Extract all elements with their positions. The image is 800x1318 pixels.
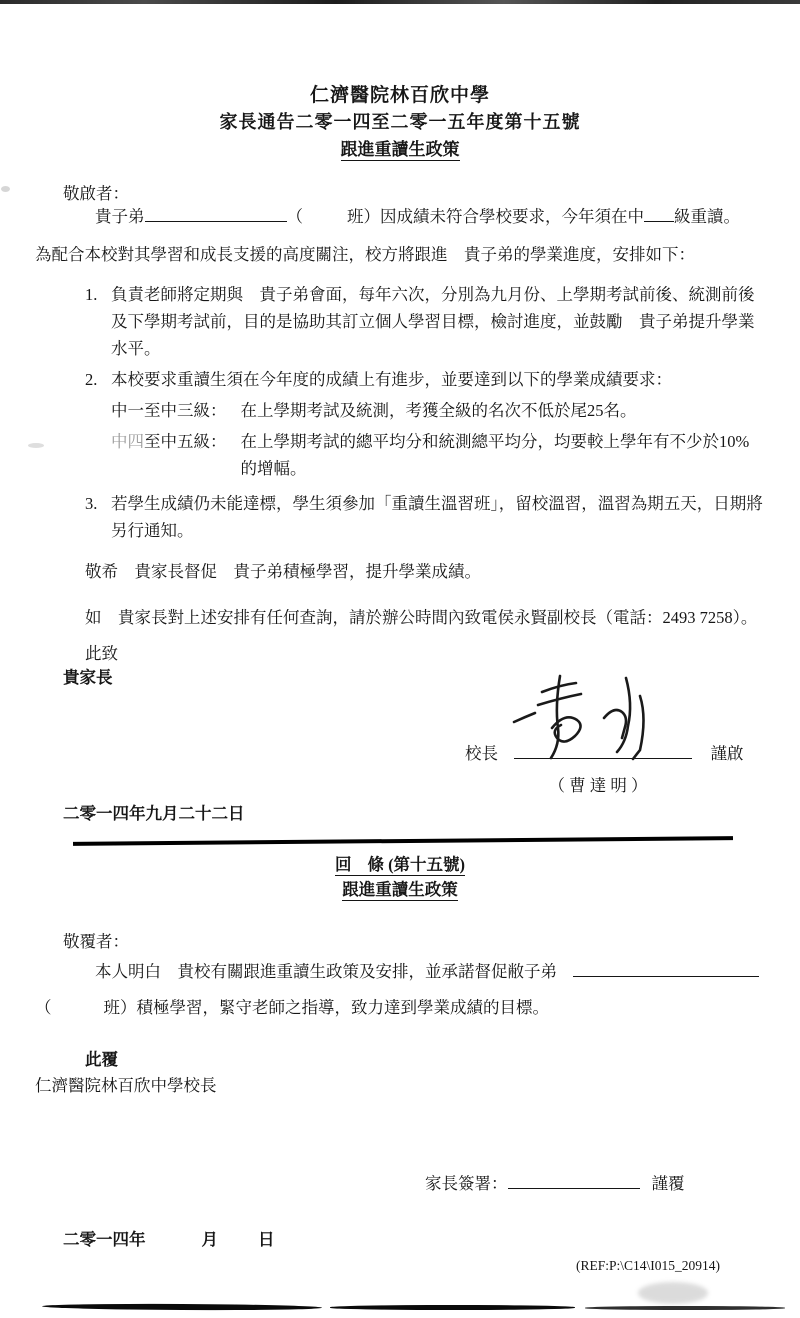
item-2-number: 2.	[85, 366, 111, 482]
reply-paren-open: （	[35, 998, 52, 1017]
addressee-parent: 貴家長	[63, 664, 113, 691]
item-3-text: 若學生成績仍未能達標，學生須參加「重讀生溫習班」，留校溫習，溫習為期五天，日期將…	[111, 490, 763, 544]
criterion-senior-label-faint: 中四	[111, 432, 144, 451]
opening-line: 貴子弟（班）因成績未符合學校要求，今年須在中級重讀。	[95, 203, 740, 230]
reply-title-word2: 條 (第十五號)	[367, 855, 465, 874]
scan-artifact-smudge	[28, 443, 44, 448]
scan-artifact-bottom-band-2	[330, 1305, 575, 1310]
opening-post: 級重讀。	[674, 207, 740, 226]
notice-number-line: 家長通告二零一四至二零一五年度第十五號	[0, 109, 800, 136]
support-line: 為配合本校對其學習和成長支援的高度關注，校方將跟進 貴子弟的學業進度，安排如下：	[35, 241, 695, 268]
file-reference: (REF:P:\C14\I015_20914)	[576, 1252, 720, 1279]
notice-subject: 跟進重讀生政策	[341, 140, 460, 161]
parent-sign-suffix: 謹覆	[652, 1174, 685, 1193]
reply-closing: 此覆	[85, 1046, 118, 1073]
reply-slip-subject: 跟進重讀生政策	[342, 880, 458, 901]
reply-addressee: 仁濟醫院林百欣中學校長	[35, 1072, 217, 1099]
list-item-2: 2. 本校要求重讀生須在今年度的成績上有進步，並要達到以下的學業成績要求： 中一…	[85, 366, 766, 482]
principal-role-label: 校長	[465, 744, 498, 763]
principal-name: （ 曹 達 明 ）	[508, 772, 688, 799]
criterion-senior: 中四至中五級： 在上學期考試的總平均分和統測總平均分，均要較上學年有不少於10%…	[111, 428, 766, 482]
scan-artifact-dot	[1, 186, 10, 192]
principal-signature-ink	[508, 668, 668, 764]
list-item-3: 3. 若學生成績仍未能達標，學生須參加「重讀生溫習班」，留校溫習，溫習為期五天，…	[85, 490, 763, 544]
scan-artifact-bottom-band-3	[585, 1306, 785, 1310]
reply-body-line2: （班）積極學習，緊守老師之指導，致力達到學業成績的目標。	[35, 994, 549, 1021]
scan-artifact-bottom-smudge	[638, 1282, 708, 1304]
scanned-notice-page: 仁濟醫院林百欣中學 家長通告二零一四至二零一五年度第十五號 跟進重讀生政策 敬啟…	[0, 0, 800, 1318]
reply-salutation: 敬覆者：	[63, 928, 129, 955]
reply-student-name-blank	[573, 959, 759, 977]
opening-mid: 班）因成績未符合學校要求，今年須在中	[347, 207, 644, 226]
criterion-junior-label: 中一至中三級：	[111, 397, 227, 424]
item-1-text: 負責老師將定期與 貴子弟會面，每年六次，分別為九月份、上學期考試前後、統測前後及…	[111, 281, 763, 362]
principal-signature-suffix: 謹啟	[711, 744, 744, 763]
parent-sign-label: 家長簽署：	[425, 1174, 508, 1193]
criterion-senior-label: 至中五級：	[144, 432, 227, 451]
reply-date-day: 日	[258, 1230, 275, 1249]
criterion-junior: 中一至中三級： 在上學期考試及統測，考獲全級的名次不低於尾25名。	[111, 397, 766, 424]
criterion-senior-desc: 在上學期考試的總平均分和統測總平均分，均要較上學年有不少於10%的增幅。	[241, 428, 766, 482]
item-1-number: 1.	[85, 281, 111, 362]
reply-date-line: 二零一四年月日	[63, 1226, 275, 1253]
opening-pre: 貴子弟	[95, 207, 145, 226]
form-level-blank	[644, 204, 674, 222]
reply-slip-title: 回條 (第十五號)	[335, 855, 465, 876]
criterion-junior-desc: 在上學期考試及統測，考獲全級的名次不低於尾25名。	[241, 397, 766, 424]
parent-signature-row: 家長簽署：謹覆	[425, 1170, 685, 1197]
letter-date: 二零一四年九月二十二日	[63, 800, 245, 827]
reply-body-line1: 本人明白 貴校有關跟進重讀生政策及安排，並承諾督促敝子弟	[95, 958, 759, 985]
reply-body-rest: 班）積極學習，緊守老師之指導，致力達到學業成績的目標。	[104, 998, 550, 1017]
reply-date-year: 二零一四年	[63, 1230, 146, 1249]
list-item-1: 1. 負責老師將定期與 貴子弟會面，每年六次，分別為九月份、上學期考試前後、統測…	[85, 281, 763, 362]
reply-date-month: 月	[202, 1230, 219, 1249]
parent-signature-blank	[508, 1171, 640, 1189]
school-name: 仁濟醫院林百欣中學	[0, 82, 800, 109]
item-2-text: 本校要求重讀生須在今年度的成績上有進步，並要達到以下的學業成績要求：	[111, 366, 766, 393]
enquiry-line: 如 貴家長對上述安排有任何查詢，請於辦公時間內致電侯永賢副校長（電話：2493 …	[85, 604, 757, 631]
item-3-number: 3.	[85, 490, 111, 544]
scan-artifact-top-band	[0, 0, 800, 4]
closing-cizhi: 此致	[85, 640, 118, 667]
reply-title-word1: 回	[335, 855, 352, 874]
reply-body-pre: 本人明白 貴校有關跟進重讀生政策及安排，並承諾督促敝子弟	[95, 962, 557, 981]
tear-off-divider-line	[73, 836, 733, 845]
opening-paren: （	[287, 207, 304, 226]
urge-line: 敬希 貴家長督促 貴子弟積極學習，提升學業成績。	[85, 558, 481, 585]
student-name-blank	[145, 204, 287, 222]
scan-artifact-bottom-band-1	[42, 1303, 322, 1310]
